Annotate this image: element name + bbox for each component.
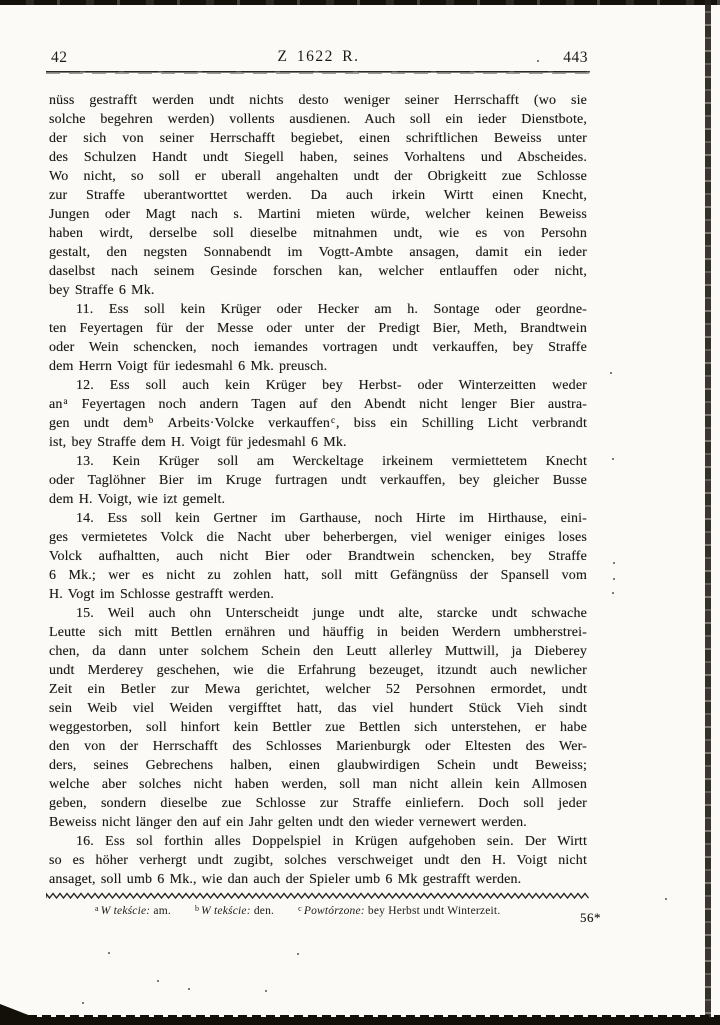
text-line: oder Wein schencken, noch iemandes vortr… bbox=[49, 338, 587, 357]
footnote-marker: c bbox=[298, 904, 302, 913]
footnote-label: W tekście: bbox=[101, 905, 151, 917]
header-rule bbox=[46, 71, 590, 74]
text-line: 13. Kein Krüger soll am Werckeltage irke… bbox=[49, 452, 587, 471]
page-number: 443 bbox=[563, 49, 588, 67]
text-line: 14. Ess soll kein Gertner im Garthause, … bbox=[49, 509, 587, 528]
text-line: zur Straffe uberantworttet werden. Da au… bbox=[49, 186, 587, 205]
text-line: dem Herrn Voigt für iedesmahl 6 Mk. preu… bbox=[49, 357, 587, 376]
footnote-marker: a bbox=[64, 396, 68, 406]
text-line: nüss gestrafft werden undt nichts desto … bbox=[49, 91, 587, 110]
signature-mark: 56* bbox=[580, 910, 601, 926]
text-line: ten Feyertagen für der Messe oder unter … bbox=[49, 319, 587, 338]
footnote-item: bW tekście: den. bbox=[195, 901, 274, 919]
text-line: dem H. Voigt, wie izt gemelt. bbox=[49, 490, 587, 509]
scan-speck bbox=[188, 988, 190, 990]
scan-edge-right bbox=[705, 0, 711, 1025]
scan-speck bbox=[265, 990, 267, 992]
text-line: weggestorben, soll hinfort kein Bettler … bbox=[49, 718, 587, 737]
text-line: 12. Ess soll auch kein Krüger bey Herbst… bbox=[49, 376, 587, 395]
text-line: haben wirdt, derselbe soll dieselbe mitn… bbox=[49, 224, 587, 243]
text-line: ders, seines Gebrechens halben, einen gl… bbox=[49, 756, 587, 775]
scan-corner-blob bbox=[0, 1004, 36, 1018]
footnote-value: am. bbox=[153, 905, 171, 917]
text-line: 16. Ess sol forthin alles Doppelspiel in… bbox=[49, 832, 587, 851]
scan-speck bbox=[665, 898, 667, 900]
scan-edge-bottom bbox=[0, 1017, 720, 1025]
text-line: Volck aufhaltten, auch nicht Bier oder B… bbox=[49, 547, 587, 566]
text-line: 15. Weil auch ohn Unterscheidt junge und… bbox=[49, 604, 587, 623]
scan-speck bbox=[612, 592, 614, 594]
text-line: des Schulzen Handt undt Siegell haben, s… bbox=[49, 148, 587, 167]
footnote-value: bey Herbst undt Winterzeit. bbox=[368, 905, 500, 917]
footnote-label: Powtórzone: bbox=[304, 905, 365, 917]
text-line: der sich von seiner Herrschafft begiebet… bbox=[49, 129, 587, 148]
scan-speck bbox=[108, 952, 110, 954]
scan-speck bbox=[610, 372, 612, 374]
text-line: Jungen oder Magt nach s. Martini mieten … bbox=[49, 205, 587, 224]
text-line: gen undt demb Arbeits·Volcke verkauffenc… bbox=[49, 414, 587, 433]
text-line: welche aber solches nicht haben werden, … bbox=[49, 775, 587, 794]
text-line: geben, sondern dieselbe zue Schlosse zur… bbox=[49, 794, 587, 813]
text-line: ansaget, soll umb 6 Mk., wie dan auch de… bbox=[49, 870, 587, 889]
scan-speck bbox=[297, 953, 299, 955]
footnote-marker: a bbox=[95, 904, 99, 913]
text-line: ana Feyertagen noch andern Tagen auf den… bbox=[49, 395, 587, 414]
text-line: solche begehren werden) vollents ausdien… bbox=[49, 110, 587, 129]
scan-speck bbox=[613, 562, 615, 564]
footnote-label: W tekście: bbox=[201, 905, 251, 917]
footnote-item: aW tekście: am. bbox=[95, 901, 171, 919]
text-line: daselbst nach seinem Gesinde forschen ka… bbox=[49, 262, 587, 281]
scan-speck bbox=[82, 1002, 84, 1004]
scan-speck bbox=[613, 578, 615, 580]
text-line: 11. Ess soll kein Krüger oder Hecker am … bbox=[49, 300, 587, 319]
scan-speck bbox=[157, 980, 159, 982]
footnote-marker: b bbox=[195, 904, 199, 913]
text-line: gestalt, den negsten Sonnabendt im Vogtt… bbox=[49, 243, 587, 262]
footnote-separator-wavy-line bbox=[46, 891, 590, 901]
text-line: chen, da dann unter solchem Schein den L… bbox=[49, 642, 587, 661]
footnote-marker: b bbox=[149, 415, 154, 425]
text-line: ist, bey Straffe dem H. Voigt für jedesm… bbox=[49, 433, 587, 452]
text-line: den von der Herrschafft des Schlosses Ma… bbox=[49, 737, 587, 756]
scan-edge-top bbox=[0, 0, 720, 5]
text-line: 6 Mk.; wer es nicht zu zohlen hatt, soll… bbox=[49, 566, 587, 585]
text-line: sein Weib viel Weiden vergifftet hatt, d… bbox=[49, 699, 587, 718]
text-line: Wo nicht, so soll er uberall angehalten … bbox=[49, 167, 587, 186]
footnote-value: den. bbox=[254, 905, 274, 917]
footnote-item: cPowtórzone: bey Herbst undt Winterzeit. bbox=[298, 901, 500, 919]
scan-speck bbox=[612, 458, 614, 460]
footnote-marker: c bbox=[331, 415, 335, 425]
body-lines: nüss gestrafft werden undt nichts desto … bbox=[49, 91, 587, 889]
text-line: Zeit ein Betler zur Mewa gerichtet, welc… bbox=[49, 680, 587, 699]
running-title: Z 1622 R. bbox=[49, 48, 588, 66]
scan-speck bbox=[537, 60, 539, 62]
text-line: so es höher verhergt undt zugibt, solche… bbox=[49, 851, 587, 870]
footnote: aW tekście: am. bW tekście: den. cPowtór… bbox=[49, 901, 587, 919]
text-line: ges vermietetes Volck die Nacht uber beh… bbox=[49, 528, 587, 547]
text-line: oder Taglöhner Bier im Kruge furtragen u… bbox=[49, 471, 587, 490]
scanned-book-page: 42 Z 1622 R. 443 nüss gestrafft werden u… bbox=[0, 0, 720, 1025]
text-line: bey Straffe 6 Mk. bbox=[49, 281, 587, 300]
page-header: 42 Z 1622 R. 443 bbox=[49, 49, 588, 69]
text-line: Leutte sich mitt Bettlen ernähren und hä… bbox=[49, 623, 587, 642]
text-line: Beweiss nicht länger den auf ein Jahr ge… bbox=[49, 813, 587, 832]
text-line: undt Merderey geschehen, wie die Erfahru… bbox=[49, 661, 587, 680]
text-line: H. Vogt im Schlosse gestrafft werden. bbox=[49, 585, 587, 604]
